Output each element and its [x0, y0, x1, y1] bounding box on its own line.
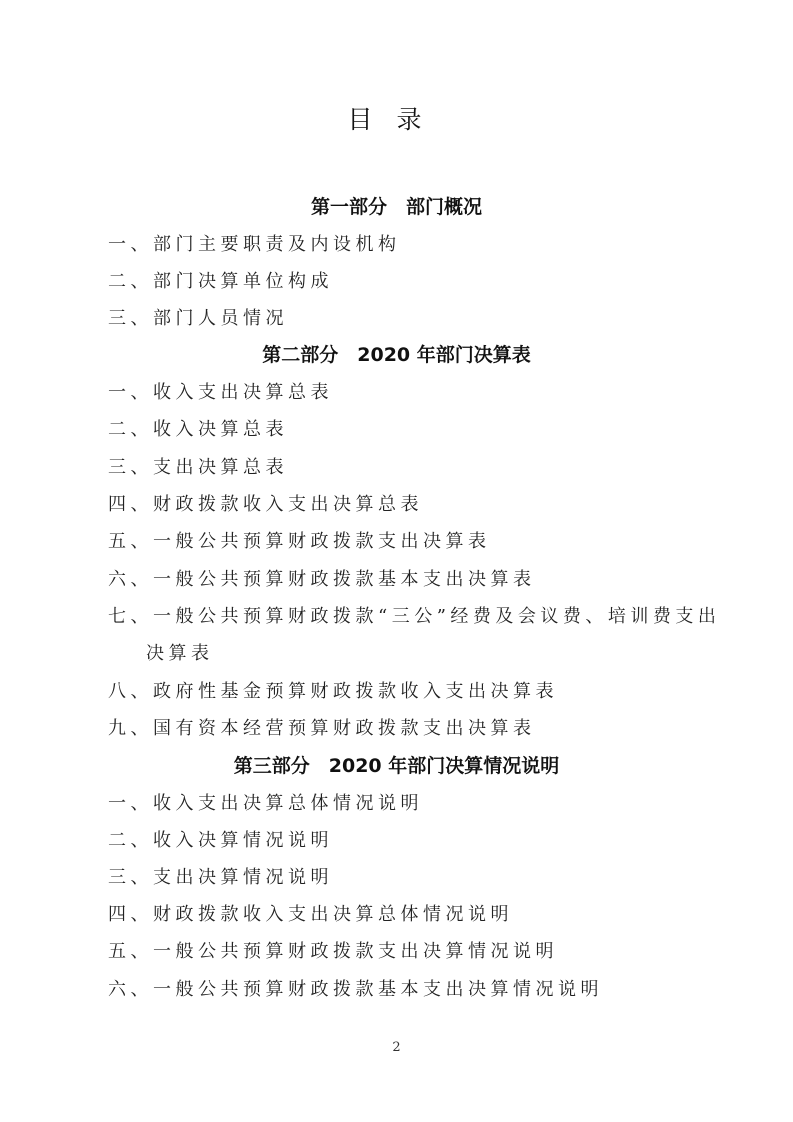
toc-item[interactable]: 四、财政拨款收入支出决算总体情况说明 [108, 900, 513, 926]
toc-item[interactable]: 八、政府性基金预算财政拨款收入支出决算表 [108, 677, 558, 703]
page-number: 2 [0, 1040, 793, 1055]
toc-item[interactable]: 三、支出决算情况说明 [108, 863, 333, 889]
toc-item[interactable]: 三、支出决算总表 [108, 453, 288, 479]
toc-item[interactable]: 四、财政拨款收入支出决算总表 [108, 490, 423, 516]
toc-item[interactable]: 二、收入决算总表 [108, 415, 288, 441]
toc-item[interactable]: 三、部门人员情况 [108, 304, 288, 330]
toc-item[interactable]: 二、部门决算单位构成 [108, 267, 333, 293]
toc-item[interactable]: 二、收入决算情况说明 [108, 826, 333, 852]
toc-item[interactable]: 六、一般公共预算财政拨款基本支出决算情况说明 [108, 975, 603, 1001]
part-one-heading: 第一部分 部门概况 [0, 192, 793, 219]
part-three-heading: 第三部分 2020 年部门决算情况说明 [0, 751, 793, 778]
toc-item[interactable]: 九、国有资本经营预算财政拨款支出决算表 [108, 714, 536, 740]
toc-item[interactable]: 一、收入支出决算总体情况说明 [108, 789, 423, 815]
toc-item[interactable]: 七、一般公共预算财政拨款“三公”经费及会议费、培训费支出 [108, 602, 720, 628]
toc-item[interactable]: 五、一般公共预算财政拨款支出决算情况说明 [108, 937, 558, 963]
toc-item[interactable]: 一、部门主要职责及内设机构 [108, 230, 401, 256]
page-title: 目录 [0, 100, 793, 136]
toc-item-continuation[interactable]: 决算表 [146, 639, 214, 665]
toc-item[interactable]: 六、一般公共预算财政拨款基本支出决算表 [108, 565, 536, 591]
part-two-heading: 第二部分 2020 年部门决算表 [0, 340, 793, 367]
toc-item[interactable]: 五、一般公共预算财政拨款支出决算表 [108, 527, 491, 553]
toc-item[interactable]: 一、收入支出决算总表 [108, 378, 333, 404]
